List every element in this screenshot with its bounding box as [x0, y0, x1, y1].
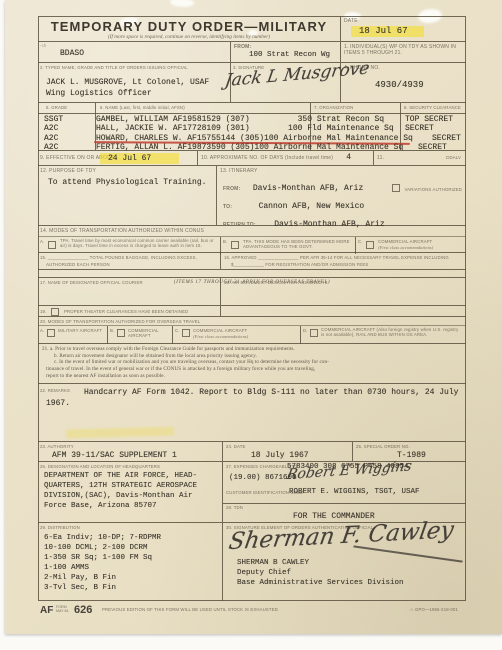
overseas-modes-band: 20. MODES OF TRANSPORTATION AUTHORIZED F… — [38, 317, 466, 344]
item11-label: 11. — [377, 155, 384, 161]
item16-line2: $____________ FOR REGISTRATION AND/OR AD… — [231, 262, 368, 267]
roster-clearance: SECRET — [405, 124, 434, 133]
table-row: A2C HOWARD, CHARLES W. AF15755144 (305)1… — [38, 134, 466, 143]
from-cell: FROM: 100 Strat Recon Wg — [230, 42, 340, 62]
issuing-name: JACK L. MUSGROVE, Lt Colonel, USAF — [46, 78, 209, 87]
signature-flourish — [353, 545, 462, 562]
itinerary-to-label: TO: — [223, 204, 232, 210]
roster-header-divider — [38, 113, 466, 114]
form-subtitle: (If more space is required, continue on … — [38, 34, 340, 40]
option-c-checkbox — [182, 329, 190, 337]
item18-label: 18. AIR MOVEMENT DESIGNATOR ASSIGNED IS — [224, 280, 328, 285]
option-b-checkbox — [117, 329, 125, 337]
notices-band: 21. a. Prior to travel overseas comply w… — [38, 344, 466, 384]
courier-cell: 17. NAME OF DESIGNATED OFFICIAL COURIER — [38, 278, 220, 305]
footer-form-number: 626 — [74, 604, 92, 616]
item28-label: 28. TDN — [226, 505, 243, 510]
item16-line1: 16. APPROVED ________________ PER AFR 35… — [224, 255, 449, 260]
item9-value: 24 Jul 67 — [100, 153, 179, 164]
baggage-cell: 15. ________________ TOTAL POUNDS BAGGAG… — [38, 253, 220, 269]
item19-tag: 19. — [40, 309, 46, 314]
option-c-checkbox — [366, 241, 374, 249]
item12-label: 12. PURPOSE OF TDY — [40, 168, 96, 174]
item15-line2: AUTHORIZED EACH PERSON — [46, 262, 110, 267]
item14-header: 14. MODES OF TRANSPORTATION AUTHORIZED W… — [38, 226, 466, 237]
form-header-band: TEMPORARY DUTY ORDER—MILITARY (If more s… — [38, 16, 466, 42]
baggage-approved-band: 15. ________________ TOTAL POUNDS BAGGAG… — [38, 253, 466, 270]
distribution-line: 2-Mil Pay, B Fin — [44, 574, 116, 584]
conus-mode-options: A. TPA. Travel time by most economical c… — [38, 237, 466, 254]
lower-left-column: 26. DESIGNATION AND LOCATION OF HEADQUAR… — [38, 462, 222, 601]
conus-option-b: B. TPA. THIS MODE HAS BEEN DETERMINED MO… — [220, 237, 355, 254]
days-cell: 10. APPROXIMATE NO. OF DAYS (Include tra… — [197, 151, 373, 165]
item22-label: 22. REMARKS — [40, 388, 70, 393]
footer-af: AF — [40, 605, 53, 616]
overseas-option-b: B. COMMERCIAL AIRCRAFT — [107, 326, 172, 344]
conus-option-a: A. TPA. Travel time by most economical c… — [38, 237, 220, 254]
item13-label: 13. ITINERARY — [220, 168, 258, 174]
purpose-itinerary-band: 12. PURPOSE OF TDY To attend Physiologic… — [38, 166, 466, 226]
item19-text: PROPER THEATER CLEARANCES HAVE BEEN OBTA… — [64, 309, 188, 314]
issuing-official-cell: 2. TYPED NAME, GRADE AND TITLE OF ORDERS… — [38, 63, 230, 102]
headquarters-line: DIVISION,(SAC), Davis-Monthan Air — [44, 492, 193, 502]
issuing-title: Wing Logistics Officer — [46, 89, 152, 98]
overseas-mode-options: A. MILITARY AIRCRAFT B. COMMERCIAL AIRCR… — [38, 326, 466, 344]
variations-checkbox — [392, 184, 400, 192]
item23-label: 23. AUTHORITY — [40, 444, 74, 449]
footer-form-edition: FORM MAY 64 — [56, 605, 68, 613]
authenticating-name: SHERMAN B CAWLEY — [237, 559, 309, 569]
overseas-option-a: A. MILITARY AIRCRAFT — [38, 326, 107, 344]
option-c-tag: C. — [358, 239, 363, 244]
itinerary-from-label: FROM: — [223, 186, 240, 192]
customer-id-value: ROBERT E. WIGGINS, TSGT, USAF — [289, 488, 420, 498]
itinerary-from-value: Davis-Monthan AFB, Ariz — [253, 184, 363, 193]
option-a-tag: A. — [40, 239, 44, 244]
form-footer: AF FORM MAY 64 626 PREVIOUS EDITION OF T… — [38, 604, 478, 620]
date-label: DATE — [344, 18, 358, 24]
remarks-band: 22. REMARKS Handcarry AF Form 1042. Repo… — [38, 384, 466, 442]
date-cell: DATE 18 Jul 67 — [340, 16, 466, 41]
purpose-cell: 12. PURPOSE OF TDY To attend Physiologic… — [38, 166, 216, 225]
form-title: TEMPORARY DUTY ORDER—MILITARY — [38, 19, 340, 34]
issuing-band: 2. TYPED NAME, GRADE AND TITLE OF ORDERS… — [38, 63, 466, 103]
option-b-tag: B. — [110, 328, 114, 333]
order-date-cell: 24. DATE 18 July 1967 — [222, 442, 352, 461]
headquarters-line: DEPARTMENT OF THE AIR FORCE, HEAD- — [44, 472, 197, 482]
item15-line1: 15. ________________ TOTAL POUNDS BAGGAG… — [40, 255, 197, 260]
roster-clearance: SECRET — [432, 134, 461, 143]
distribution-line: 6-Ea Indiv; 10-DP; 7-RDPMR — [44, 534, 161, 544]
option-c-text: COMMERCIAL AIRCRAFT — [193, 328, 247, 333]
item24-value: 18 July 1967 — [251, 451, 309, 460]
distribution-line: 1-100 AMMS — [44, 564, 89, 574]
option-c-subtext: (First class accommodations) — [193, 334, 248, 339]
roster-rows: SSGT GAMBEL, WILLIAM AF19581529 (307) 35… — [38, 115, 466, 152]
headquarters-line: Force Base, Arizona 85707 — [44, 502, 157, 512]
to-value: BDASO — [60, 49, 84, 58]
remarks-line2: 1967. — [46, 399, 70, 408]
remarks-line1: Handcarry AF Form 1042. Report to Bldg S… — [84, 388, 458, 397]
variations-authorized: VARIATIONS AUTHORIZED — [392, 178, 462, 196]
item2-label: 2. TYPED NAME, GRADE AND TITLE OF ORDERS… — [40, 65, 225, 70]
for-the-commander: FOR THE COMMANDER — [293, 512, 375, 521]
headquarters-cell: 26. DESIGNATION AND LOCATION OF HEADQUAR… — [38, 462, 222, 523]
overseas-banner: (ITEMS 17 THROUGH 21 APPLY FOR OVERSEAS … — [38, 270, 466, 278]
item11-value: DDALV — [446, 155, 461, 160]
table-row: SSGT GAMBEL, WILLIAM AF19581529 (307) 35… — [38, 115, 466, 124]
option-d-text: COMMERCIAL AIRCRAFT (Also foreign regist… — [321, 327, 461, 338]
courier-amd-band: 17. NAME OF DESIGNATED OFFICIAL COURIER … — [38, 278, 466, 306]
roster-header-clearance: 8. SECURITY CLEARANCE — [404, 105, 461, 110]
option-c-subtext: (First class accommodations) — [378, 245, 433, 250]
item17-label: 17. NAME OF DESIGNATED OFFICIAL COURIER — [40, 280, 143, 285]
item24-label: 24. DATE — [226, 444, 246, 449]
option-c-text: COMMERCIAL AIRCRAFT — [378, 239, 432, 244]
item20-header: 20. MODES OF TRANSPORTATION AUTHORIZED F… — [38, 317, 466, 326]
to-label-fragment: -ch — [40, 43, 46, 48]
item10-label: 10. APPROXIMATE NO. OF DAYS (Include tra… — [201, 155, 333, 161]
phone-value: 4930/4939 — [375, 81, 424, 90]
option-d-checkbox — [310, 329, 318, 337]
option-c-tag: C. — [175, 328, 180, 333]
roster-grade: A2C — [44, 124, 58, 133]
amd-cell: 18. AIR MOVEMENT DESIGNATOR ASSIGNED IS — [220, 278, 466, 305]
roster-header-organization: 7. ORGANIZATION — [314, 105, 353, 110]
item26-label: 26. DESIGNATION AND LOCATION OF HEADQUAR… — [40, 464, 218, 469]
item1-text: 1. INDIVIDUAL(S) WP ON TDY AS SHOWN IN I… — [344, 44, 460, 56]
variations-label: VARIATIONS AUTHORIZED — [405, 187, 462, 192]
option-b-tag: B. — [223, 239, 227, 244]
lower-right-column: 27. EXPENSES CHARGEABLE TO 5783400 308 6… — [222, 462, 466, 601]
authenticating-title: Deputy Chief — [237, 569, 291, 579]
option-d-tag: D. — [303, 328, 308, 333]
distribution-cell: 29. DISTRIBUTION 6-Ea Indiv; 10-DP; 7-RD… — [38, 523, 222, 601]
option-b-checkbox — [231, 241, 239, 249]
table-row: A2C HALL, JACKIE W. AF17728109 (301) 100… — [38, 124, 466, 133]
wiggins-signature: Robert E Wiggins — [286, 458, 413, 483]
notice-line: report to the nearest AF installation as… — [38, 373, 466, 380]
from-label: FROM: — [234, 44, 251, 50]
itinerary-from-row: FROM: Davis-Monthan AFB, Ariz — [223, 177, 363, 195]
to-cell: -ch BDASO — [38, 42, 230, 62]
option-b-text: COMMERCIAL AIRCRAFT — [128, 328, 170, 339]
overseas-option-c: C. COMMERCIAL AIRCRAFT (First class acco… — [172, 326, 300, 344]
headquarters-line: QUARTERS, 12TH STRATEGIC AEROSPACE — [44, 482, 197, 492]
signature-cell: 3. SIGNATURE Jack L Musgrove — [230, 63, 340, 102]
form-title-cell: TEMPORARY DUTY ORDER—MILITARY (If more s… — [38, 16, 340, 41]
option-b-text: TPA. THIS MODE HAS BEEN DETERMINED MORE … — [243, 239, 351, 250]
roster-table: 5. GRADE 6. NAME (Last, first, middle in… — [38, 103, 466, 151]
footer-form-date: MAY 64 — [56, 609, 68, 613]
effective-band: 9. EFFECTIVE ON OR ABOUT 24 Jul 67 10. A… — [38, 151, 466, 166]
itinerary-to-value: Cannon AFB, New Mexico — [259, 202, 365, 211]
roster-clearance: TOP SECRET — [405, 115, 453, 124]
distribution-line: 1-350 SR Sq; 1-100 FM Sq — [44, 554, 152, 564]
item25-label: 25. SPECIAL ORDER NO. — [356, 444, 410, 449]
theater-clearance-band: 19. PROPER THEATER CLEARANCES HAVE BEEN … — [38, 306, 466, 317]
item19-checkbox — [51, 308, 59, 316]
item11-cell: 11. DDALV — [373, 151, 466, 165]
item29-label: 29. DISTRIBUTION — [40, 525, 80, 530]
expenses-cell: 27. EXPENSES CHARGEABLE TO 5783400 308 6… — [223, 462, 466, 504]
roster-name-org: GAMBEL, WILLIAM AF19581529 (307) 350 Str… — [96, 115, 384, 124]
footer-gpo: ☆ GPO—1966-218-001 — [410, 607, 458, 612]
item12-value: To attend Physiological Training. — [48, 178, 212, 187]
footer-note: PREVIOUS EDITION OF THIS FORM WILL BE US… — [102, 607, 278, 612]
conus-option-c: C. COMMERCIAL AIRCRAFT (First class acco… — [355, 237, 466, 254]
option-a-text: TPA. Travel time by most economical comm… — [60, 238, 216, 249]
overseas-option-d: D. COMMERCIAL AIRCRAFT (Also foreign reg… — [300, 326, 466, 344]
option-a-checkbox — [47, 329, 55, 337]
authenticating-division: Base Administrative Services Division — [237, 579, 404, 589]
authenticating-cell: 30. SIGNATURE ELEMENT OF ORDERS AUTHENTI… — [223, 523, 466, 601]
itinerary-cell: 13. ITINERARY FROM: Davis-Monthan AFB, A… — [216, 166, 466, 225]
approved-cell: 16. APPROVED ________________ PER AFR 35… — [220, 253, 466, 269]
item23-value: AFM 39-11/SAC SUPPLEMENT 1 — [52, 451, 177, 460]
cawley-signature: Sherman F. Cawley — [227, 517, 456, 555]
roster-grade: A2C — [44, 134, 58, 143]
distribution-line: 10-100 DCML; 2-100 DCRM — [44, 544, 148, 554]
lower-band: 26. DESIGNATION AND LOCATION OF HEADQUAR… — [38, 462, 466, 601]
theater-divider — [220, 306, 221, 316]
itinerary-to-row: TO: Cannon AFB, New Mexico — [223, 195, 364, 213]
scanned-tdy-order-document: TEMPORARY DUTY ORDER—MILITARY (If more s… — [0, 0, 502, 650]
option-a-tag: A. — [40, 328, 44, 333]
from-value: 100 Strat Recon Wg — [249, 51, 330, 61]
distribution-line: 3-Tvl Sec, B Fin — [44, 584, 116, 594]
roster-name-org: HALL, JACKIE W. AF17728109 (301) 100 Fld… — [96, 124, 394, 133]
option-a-checkbox — [48, 241, 56, 249]
date-value: 18 Jul 67 — [351, 26, 424, 37]
option-a-text: MILITARY AIRCRAFT — [58, 328, 104, 333]
item10-value: 4 — [346, 153, 351, 162]
roster-header-name: 6. NAME (Last, first, middle initial, AF… — [100, 105, 185, 110]
notice-line: tinuance of travel. In the event of gene… — [38, 366, 466, 373]
roster-grade: SSGT — [44, 115, 63, 124]
roster-header-grade: 5. GRADE — [46, 105, 67, 110]
effective-date-cell: 9. EFFECTIVE ON OR ABOUT 24 Jul 67 — [38, 151, 197, 165]
authority-cell: 23. AUTHORITY AFM 39-11/SAC SUPPLEMENT 1 — [38, 442, 222, 461]
conus-modes-band: 14. MODES OF TRANSPORTATION AUTHORIZED W… — [38, 226, 466, 253]
notice-line: 21. a. Prior to travel overseas comply w… — [38, 344, 466, 353]
